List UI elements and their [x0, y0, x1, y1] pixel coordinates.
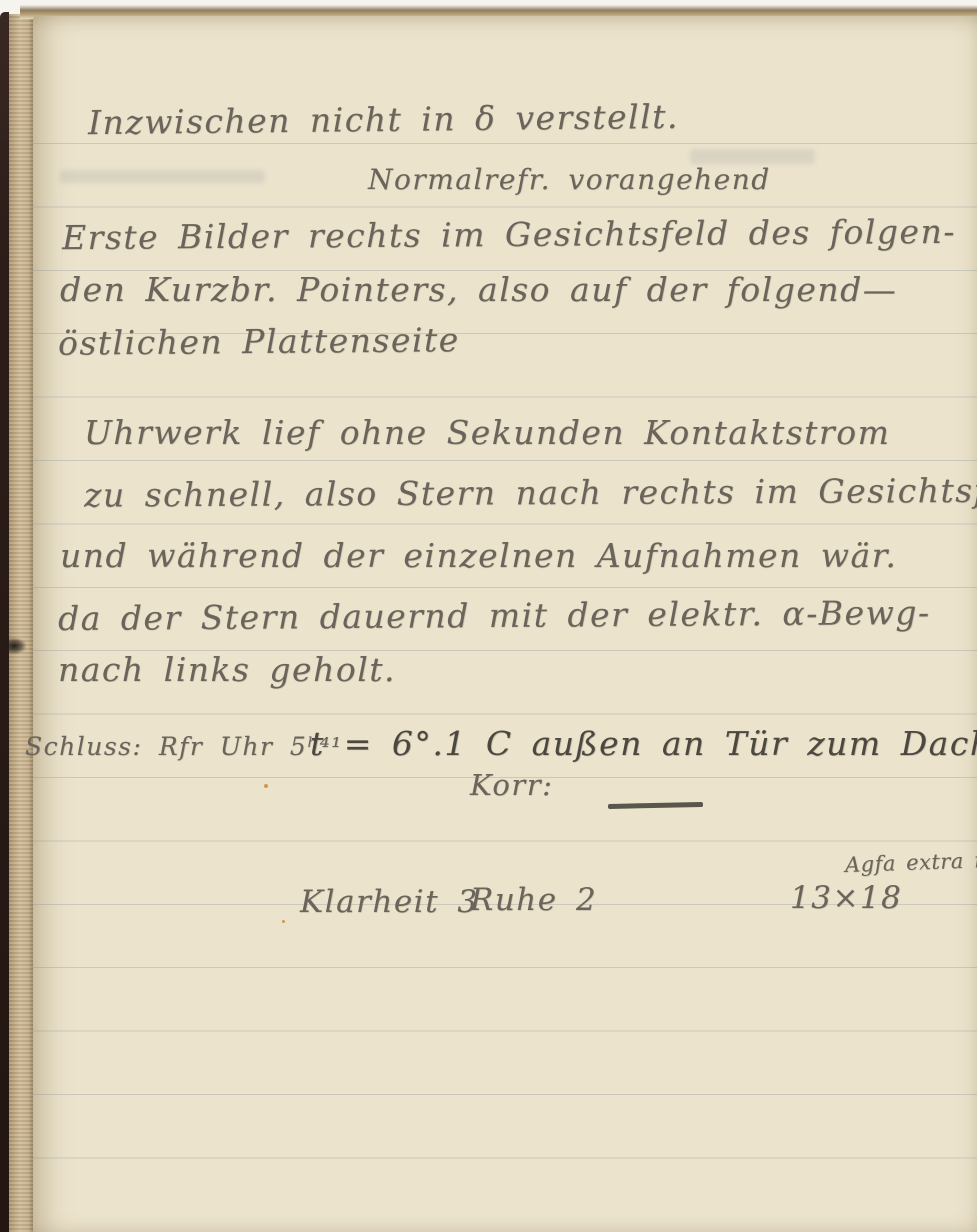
closing-korr-label: Korr:	[470, 768, 553, 803]
note-line-normalrefr: Normalrefr. vorangehend	[368, 163, 771, 197]
paper-speck	[264, 784, 268, 788]
note-line-kurzbr-pointers: den Kurzbr. Pointers, also auf der folge…	[60, 270, 897, 310]
note-line-delta: Inzwischen nicht in δ verstellt.	[88, 97, 679, 143]
book-cover-edge	[0, 12, 9, 1232]
ink-bleedthrough	[60, 170, 265, 183]
note-line-zu-schnell: zu schnell, also Stern nach rechts im Ge…	[84, 470, 977, 515]
notebook-page: Inzwischen nicht in δ verstellt. Normalr…	[33, 16, 977, 1232]
paper-speck	[282, 920, 285, 923]
closing-temperature: t = 6°.1 C außen an Tür zum Dach.	[310, 724, 977, 764]
note-line-elektr-bewg: da der Stern dauernd mit der elektr. α-B…	[58, 593, 931, 639]
closing-schluss-time: Schluss: Rfr Uhr 5ʰ⁴¹	[25, 732, 343, 762]
footer-calm: Ruhe 2	[470, 882, 597, 919]
notebook-scan: Inzwischen nicht in δ verstellt. Normalr…	[0, 0, 977, 1232]
note-line-plattenseite: östlichen Plattenseite	[58, 320, 460, 363]
page-edges-gutter	[9, 14, 33, 1232]
footer-plate-format: 13×18	[790, 880, 902, 917]
korr-dash	[608, 802, 703, 809]
note-line-erste-bilder: Erste Bilder rechts im Gesichtsfeld des …	[62, 212, 956, 258]
note-line-uhrwerk: Uhrwerk lief ohne Sekunden Kontaktstrom	[84, 413, 890, 453]
note-line-nach-links: nach links geholt.	[58, 650, 396, 690]
note-line-aufnahmen: und während der einzelnen Aufnahmen wär.	[60, 536, 897, 576]
gutter-smudge	[6, 638, 26, 654]
footer-clarity: Klarheit 3	[300, 884, 479, 921]
footer-film-type: Agfa extra rap.	[845, 847, 977, 878]
ink-bleedthrough	[690, 149, 815, 164]
